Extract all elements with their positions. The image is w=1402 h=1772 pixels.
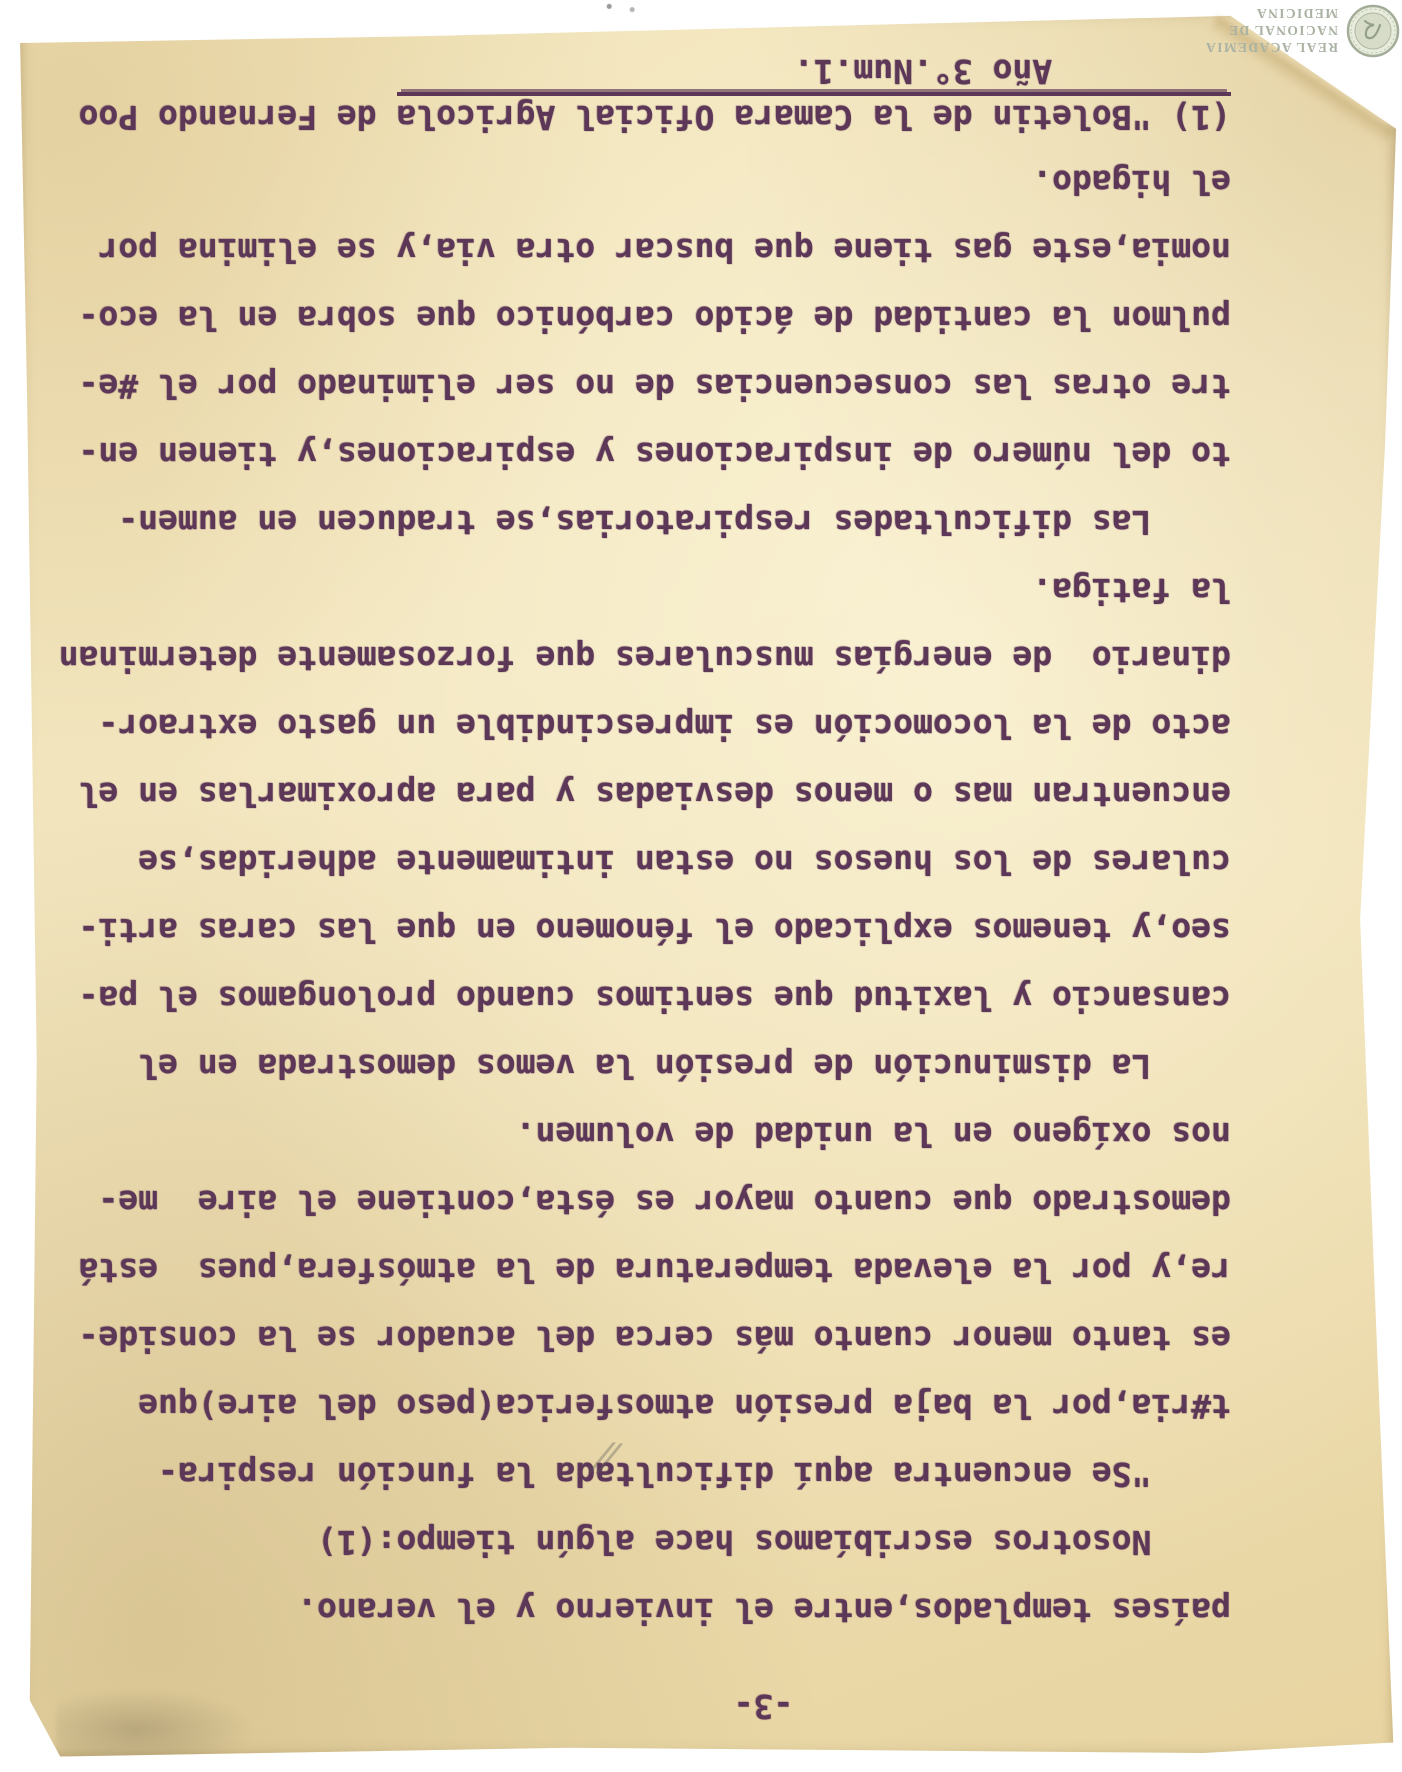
typed-line: t#ria,por la baja presión atmosferica(pe… <box>56 1372 1231 1440</box>
paper-corner-smudge <box>56 1688 256 1758</box>
typed-line: es tanto menor cuanto más cerca del acua… <box>56 1304 1231 1372</box>
footnote-issue-line: Año 3°.Num.1. <box>56 48 1231 94</box>
academy-seal-icon <box>1346 4 1400 58</box>
footnote: (1) "Boletin de la Camara Oficial Agrico… <box>56 48 1231 140</box>
watermark-text: REAL ACADEMIA NACIONAL DE MEDICINA <box>1144 6 1338 57</box>
inverted-page-content: -3- países templados,entre el invierno y… <box>16 8 1396 1760</box>
typed-line: encuentran mas o menos desviadas y para … <box>56 760 1231 828</box>
typed-line: "Se encuentra aquí dificultada la funció… <box>56 1440 1231 1508</box>
archive-watermark: REAL ACADEMIA NACIONAL DE MEDICINA <box>1144 0 1400 62</box>
typed-line: nos oxígeno en la unidad de volumen. <box>56 1100 1231 1168</box>
typed-line: nomia,este gas tiene que buscar otra via… <box>56 216 1231 284</box>
typed-line: re,y por la elevada temperatura de la at… <box>56 1236 1231 1304</box>
typed-line: to del número de inspiraciones y espirac… <box>56 420 1231 488</box>
typed-line: la fatiga. <box>56 556 1231 624</box>
typed-line: pulmon la cantidad de ácido carbónico qu… <box>56 284 1231 352</box>
watermark-line2: NACIONAL DE MEDICINA <box>1144 6 1338 40</box>
typed-line: el higado. <box>56 148 1231 216</box>
watermark-line1: REAL ACADEMIA <box>1144 40 1338 57</box>
footnote-rest-text: de Fernando Poo <box>79 98 397 137</box>
typed-line: La disminución de presión la vemos demos… <box>56 1032 1231 1100</box>
footnote-reference-line: (1) "Boletin de la Camara Oficial Agrico… <box>56 94 1231 140</box>
typed-line: Nosotros escribíamos hace algún tiempo:(… <box>56 1508 1231 1576</box>
typewritten-text-block: -3- países templados,entre el invierno y… <box>16 8 1396 1760</box>
typed-line: demostrado que cuanto mayor es ésta,cont… <box>56 1168 1231 1236</box>
typed-line: tre otras las consecuencias de no ser el… <box>56 352 1231 420</box>
page-number: -3- <box>176 1688 1351 1724</box>
footnote-underlined-text: (1) "Boletin de la Camara Oficial Agrico… <box>397 92 1231 137</box>
typed-line: Las dificultades respiratorias,se traduc… <box>56 488 1231 556</box>
document-page: -3- países templados,entre el invierno y… <box>16 8 1396 1760</box>
typed-line: seo,y tenemos explicado el fénomeno en q… <box>56 896 1231 964</box>
typed-line: dinario de energías musculares que forzo… <box>56 624 1231 692</box>
typed-line: culares de los huesos no estan intimamen… <box>56 828 1231 896</box>
typed-body: países templados,entre el invierno y el … <box>56 148 1231 1644</box>
typed-line: cansancio y laxitud que sentimos cuando … <box>56 964 1231 1032</box>
typed-line: acto de la locomoción es imprescindible … <box>56 692 1231 760</box>
typed-line: países templados,entre el invierno y el … <box>56 1576 1231 1644</box>
scanned-document-background: -3- países templados,entre el invierno y… <box>0 0 1402 1772</box>
scan-artifact-specks <box>600 0 646 16</box>
